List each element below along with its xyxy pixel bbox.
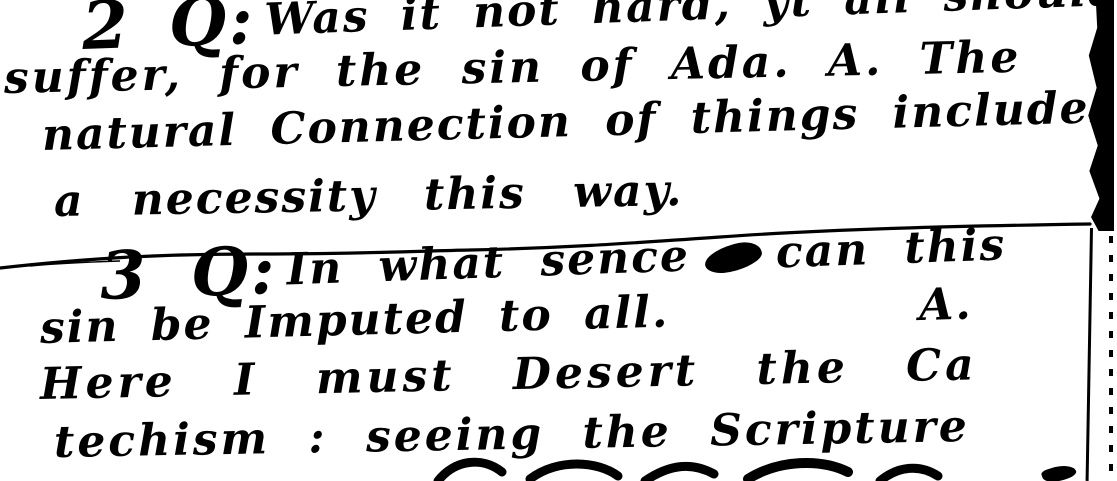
corner-ink-mark xyxy=(1041,461,1078,481)
line-text: In what sence xyxy=(286,230,691,295)
manuscript-line: Here I must Desert the Ca xyxy=(40,342,979,408)
manuscript-line: techism : seeing the Scripture xyxy=(54,404,971,466)
line-text: a necessity this way. xyxy=(54,165,684,227)
manuscript-scan: 2 Q:Was it not hard, yt all should suffe… xyxy=(0,0,1117,481)
page-edge-speckles xyxy=(1109,236,1113,481)
page-edge-rule xyxy=(1086,228,1093,481)
page-edge-band xyxy=(1086,0,1114,231)
line-text: techism : seeing the Scripture xyxy=(54,401,971,468)
manuscript-line: a necessity this way. xyxy=(54,168,684,225)
line-text: can this xyxy=(775,219,1007,278)
ink-blot xyxy=(702,237,765,278)
answer-marker: A. xyxy=(918,279,973,331)
